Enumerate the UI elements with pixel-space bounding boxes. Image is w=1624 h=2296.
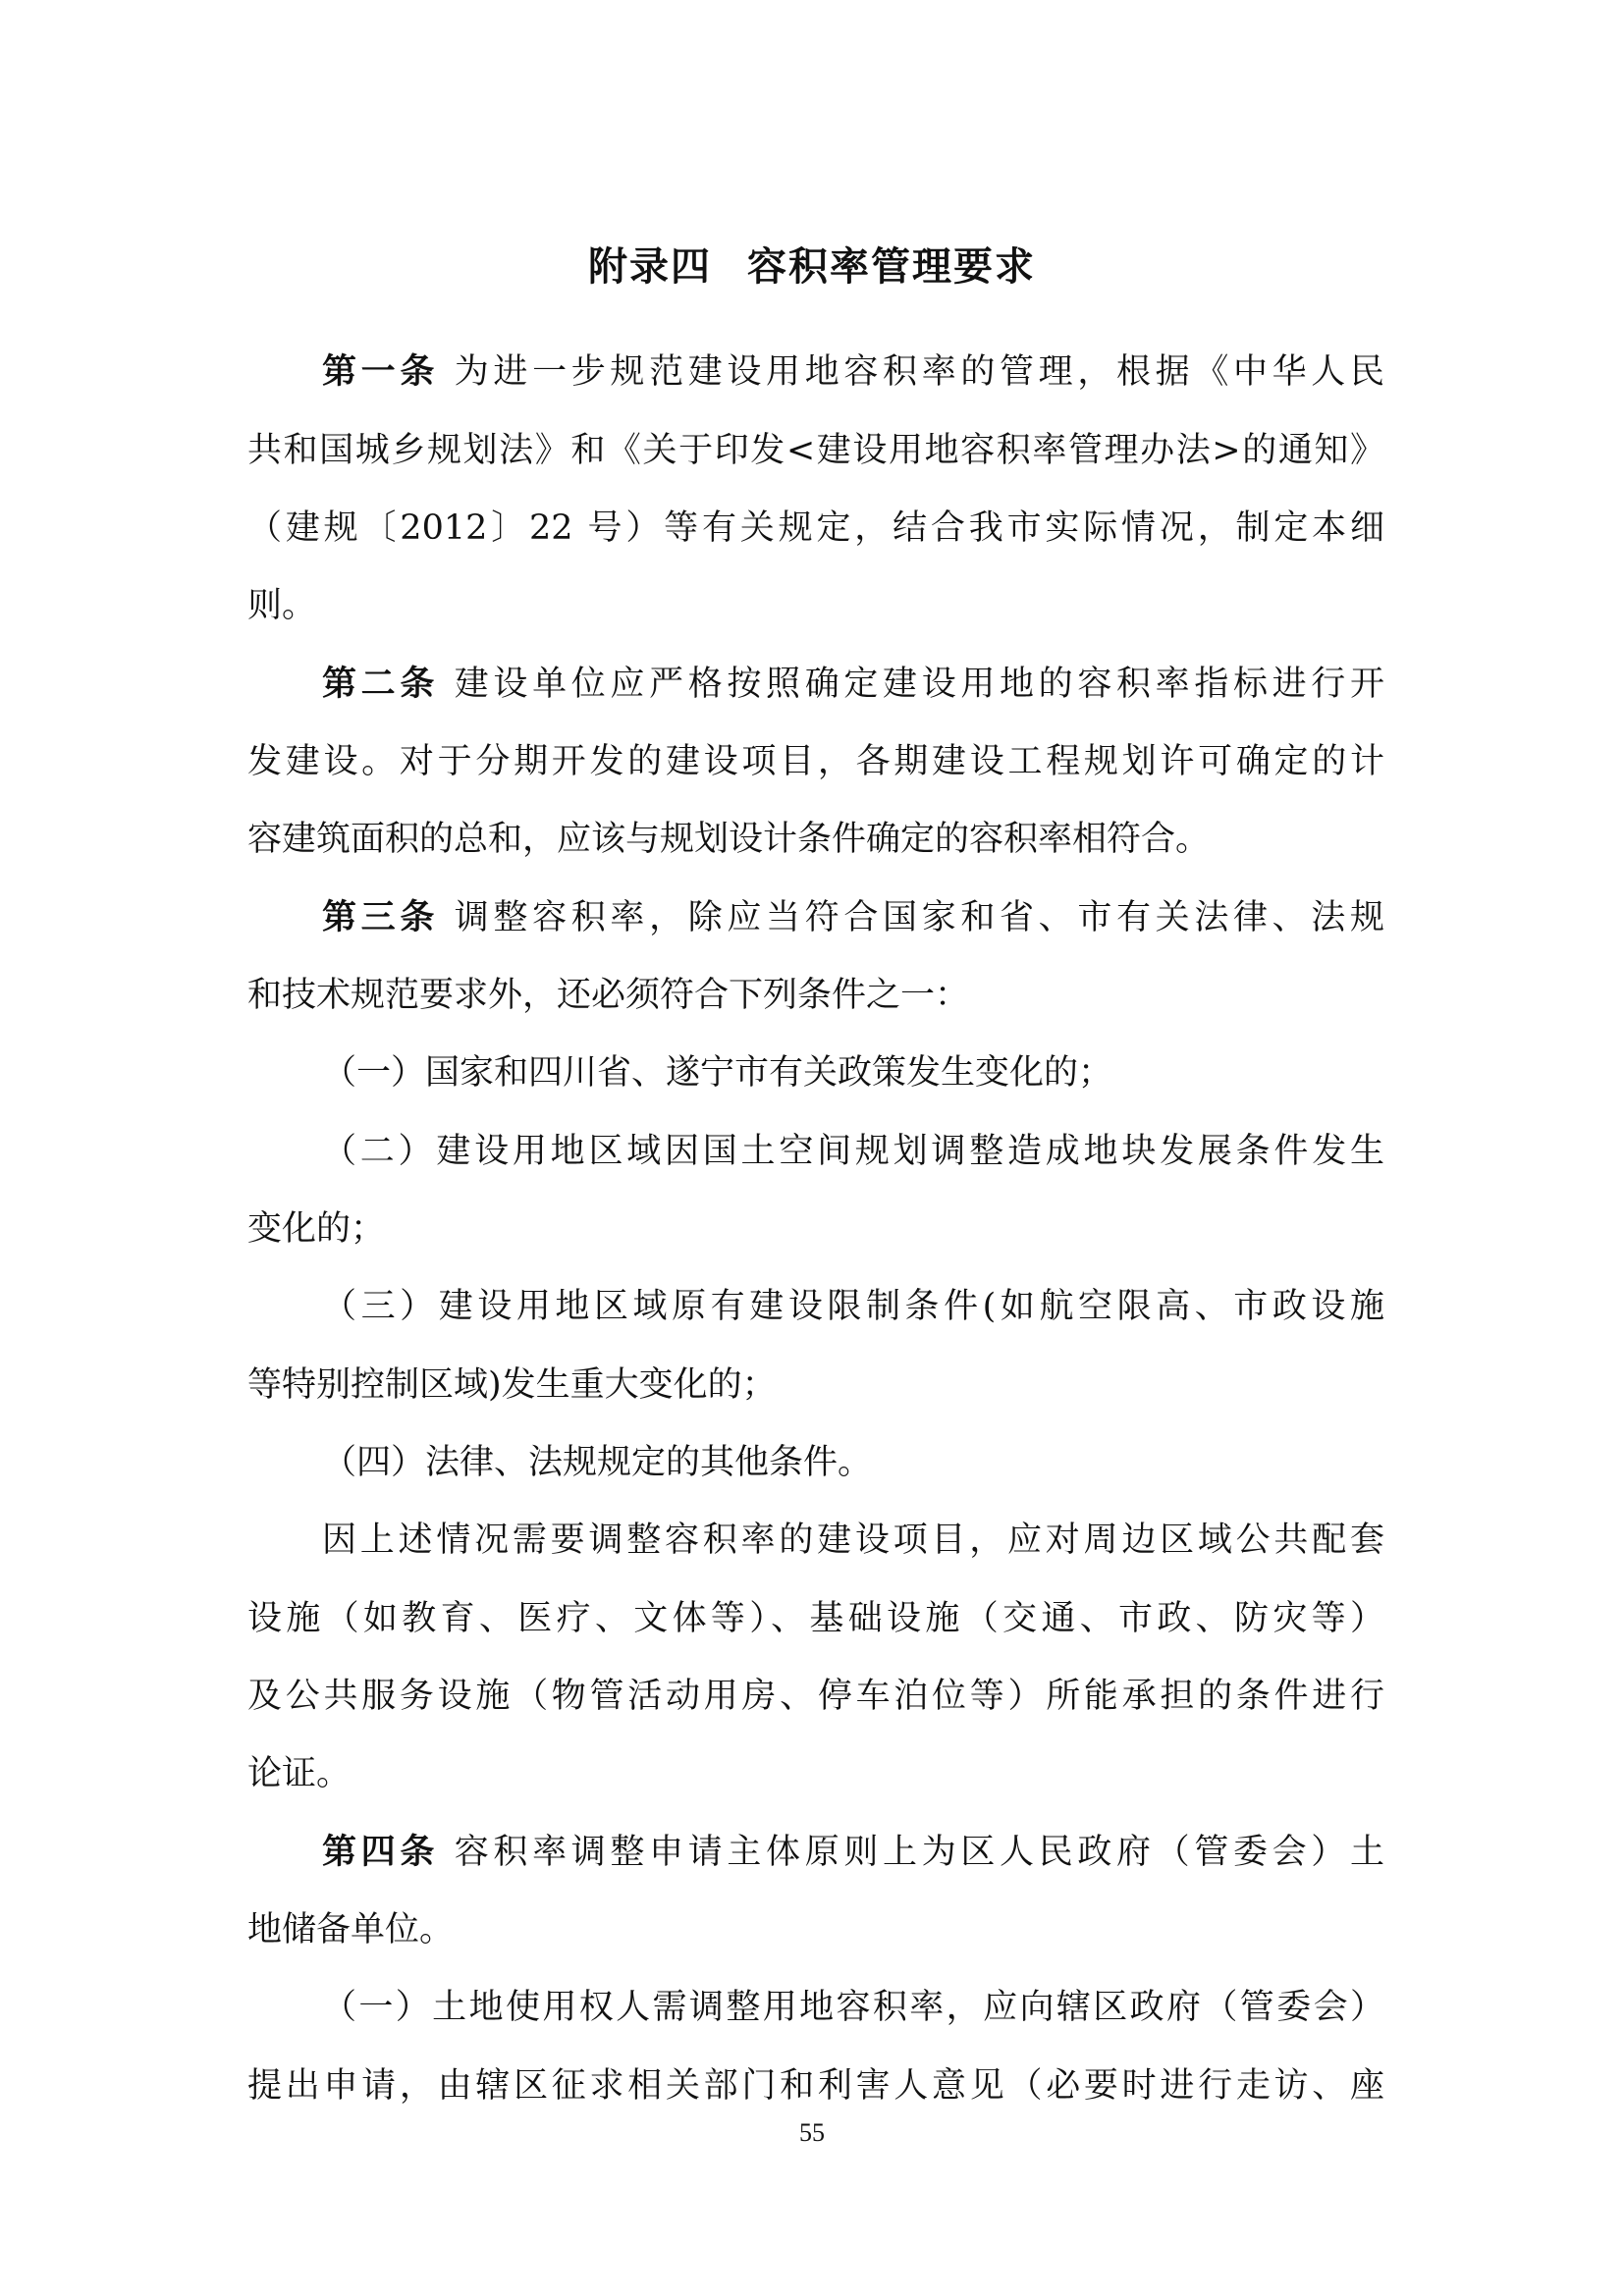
line-text: 发建设。对于分期开发的建设项目，各期建设工程规划许可确定的计 (247, 742, 1384, 781)
title-appendix-label: 附录四 (588, 244, 712, 290)
text-line: 发建设。对于分期开发的建设项目，各期建设工程规划许可确定的计 (247, 737, 1384, 786)
line-text: 建设单位应严格按照确定建设用地的容积率指标进行开 (439, 665, 1384, 704)
line-text: 变化的； (247, 1209, 385, 1249)
line-text: 等特别控制区域)发生重大变化的； (247, 1365, 777, 1405)
text-line: 提出申请，由辖区征求相关部门和利害人意见（必要时进行走访、座 (247, 2061, 1384, 2110)
document-page: 附录四容积率管理要求 第一条 为进一步规范建设用地容积率的管理，根据《中华人民共… (0, 0, 1624, 2296)
page-title: 附录四容积率管理要求 (0, 240, 1624, 294)
line-text: 共和国城乡规划法》和《关于印发<建设用地容积率管理办法>的通知》 (247, 431, 1384, 470)
article-heading: 第四条 (322, 1833, 439, 1872)
line-text: 设施（如教育、医疗、文体等）、基础设施（交通、市政、防灾等） (247, 1599, 1384, 1638)
text-line: 第一条 为进一步规范建设用地容积率的管理，根据《中华人民 (322, 347, 1384, 397)
text-line: （二）建设用地区域因国土空间规划调整造成地块发展条件发生 (322, 1127, 1384, 1176)
text-line: （三）建设用地区域原有建设限制条件(如航空限高、市政设施 (322, 1282, 1384, 1331)
line-text: 提出申请，由辖区征求相关部门和利害人意见（必要时进行走访、座 (247, 2066, 1384, 2106)
text-line: 等特别控制区域)发生重大变化的； (247, 1361, 1384, 1410)
line-text: 和技术规范要求外，还必须符合下列条件之一： (247, 976, 969, 1015)
page-number: 55 (0, 2118, 1624, 2148)
title-subject: 容积率管理要求 (747, 244, 1036, 290)
text-line: 论证。 (247, 1749, 1384, 1798)
text-line: 第三条 调整容积率，除应当符合国家和省、市有关法律、法规 (322, 893, 1384, 942)
line-text: （四）法律、法规规定的其他条件。 (322, 1443, 872, 1482)
text-line: （四）法律、法规规定的其他条件。 (322, 1438, 1384, 1487)
line-text: 容积率调整申请主体原则上为区人民政府（管委会）土 (439, 1833, 1384, 1872)
text-line: 则。 (247, 581, 1384, 630)
article-heading: 第二条 (322, 665, 439, 704)
text-line: （一）土地使用权人需调整用地容积率，应向辖区政府（管委会） (322, 1983, 1384, 2032)
text-line: （建规〔2012〕22 号）等有关规定，结合我市实际情况，制定本细 (247, 504, 1384, 553)
text-line: 设施（如教育、医疗、文体等）、基础设施（交通、市政、防灾等） (247, 1594, 1384, 1643)
text-line: 因上述情况需要调整容积率的建设项目，应对周边区域公共配套 (322, 1516, 1384, 1565)
line-text: 因上述情况需要调整容积率的建设项目，应对周边区域公共配套 (322, 1521, 1384, 1560)
article-heading: 第一条 (322, 352, 439, 392)
text-line: 地储备单位。 (247, 1905, 1384, 1954)
text-line: 变化的； (247, 1204, 1384, 1254)
line-text: 容建筑面积的总和，应该与规划设计条件确定的容积率相符合。 (247, 820, 1210, 859)
line-text: 论证。 (247, 1754, 351, 1793)
line-text: 为进一步规范建设用地容积率的管理，根据《中华人民 (439, 352, 1384, 392)
text-line: 共和国城乡规划法》和《关于印发<建设用地容积率管理办法>的通知》 (247, 426, 1384, 475)
text-line: 容建筑面积的总和，应该与规划设计条件确定的容积率相符合。 (247, 815, 1384, 864)
line-text: 调整容积率，除应当符合国家和省、市有关法律、法规 (439, 898, 1384, 937)
text-line: 第四条 容积率调整申请主体原则上为区人民政府（管委会）土 (322, 1828, 1384, 1877)
line-text: 地储备单位。 (247, 1910, 454, 1949)
line-text: 则。 (247, 586, 316, 625)
line-text: （一）土地使用权人需调整用地容积率，应向辖区政府（管委会） (322, 1988, 1384, 2027)
line-text: （三）建设用地区域原有建设限制条件(如航空限高、市政设施 (322, 1287, 1384, 1326)
line-text: （二）建设用地区域因国土空间规划调整造成地块发展条件发生 (322, 1132, 1384, 1171)
line-text: （建规〔2012〕22 号）等有关规定，结合我市实际情况，制定本细 (247, 508, 1384, 548)
text-line: 及公共服务设施（物管活动用房、停车泊位等）所能承担的条件进行 (247, 1672, 1384, 1721)
line-text: 及公共服务设施（物管活动用房、停车泊位等）所能承担的条件进行 (247, 1677, 1384, 1716)
text-line: （一）国家和四川省、遂宁市有关政策发生变化的； (322, 1048, 1384, 1097)
text-line: 和技术规范要求外，还必须符合下列条件之一： (247, 971, 1384, 1020)
article-heading: 第三条 (322, 898, 439, 937)
text-line: 第二条 建设单位应严格按照确定建设用地的容积率指标进行开 (322, 660, 1384, 709)
line-text: （一）国家和四川省、遂宁市有关政策发生变化的； (322, 1053, 1112, 1093)
